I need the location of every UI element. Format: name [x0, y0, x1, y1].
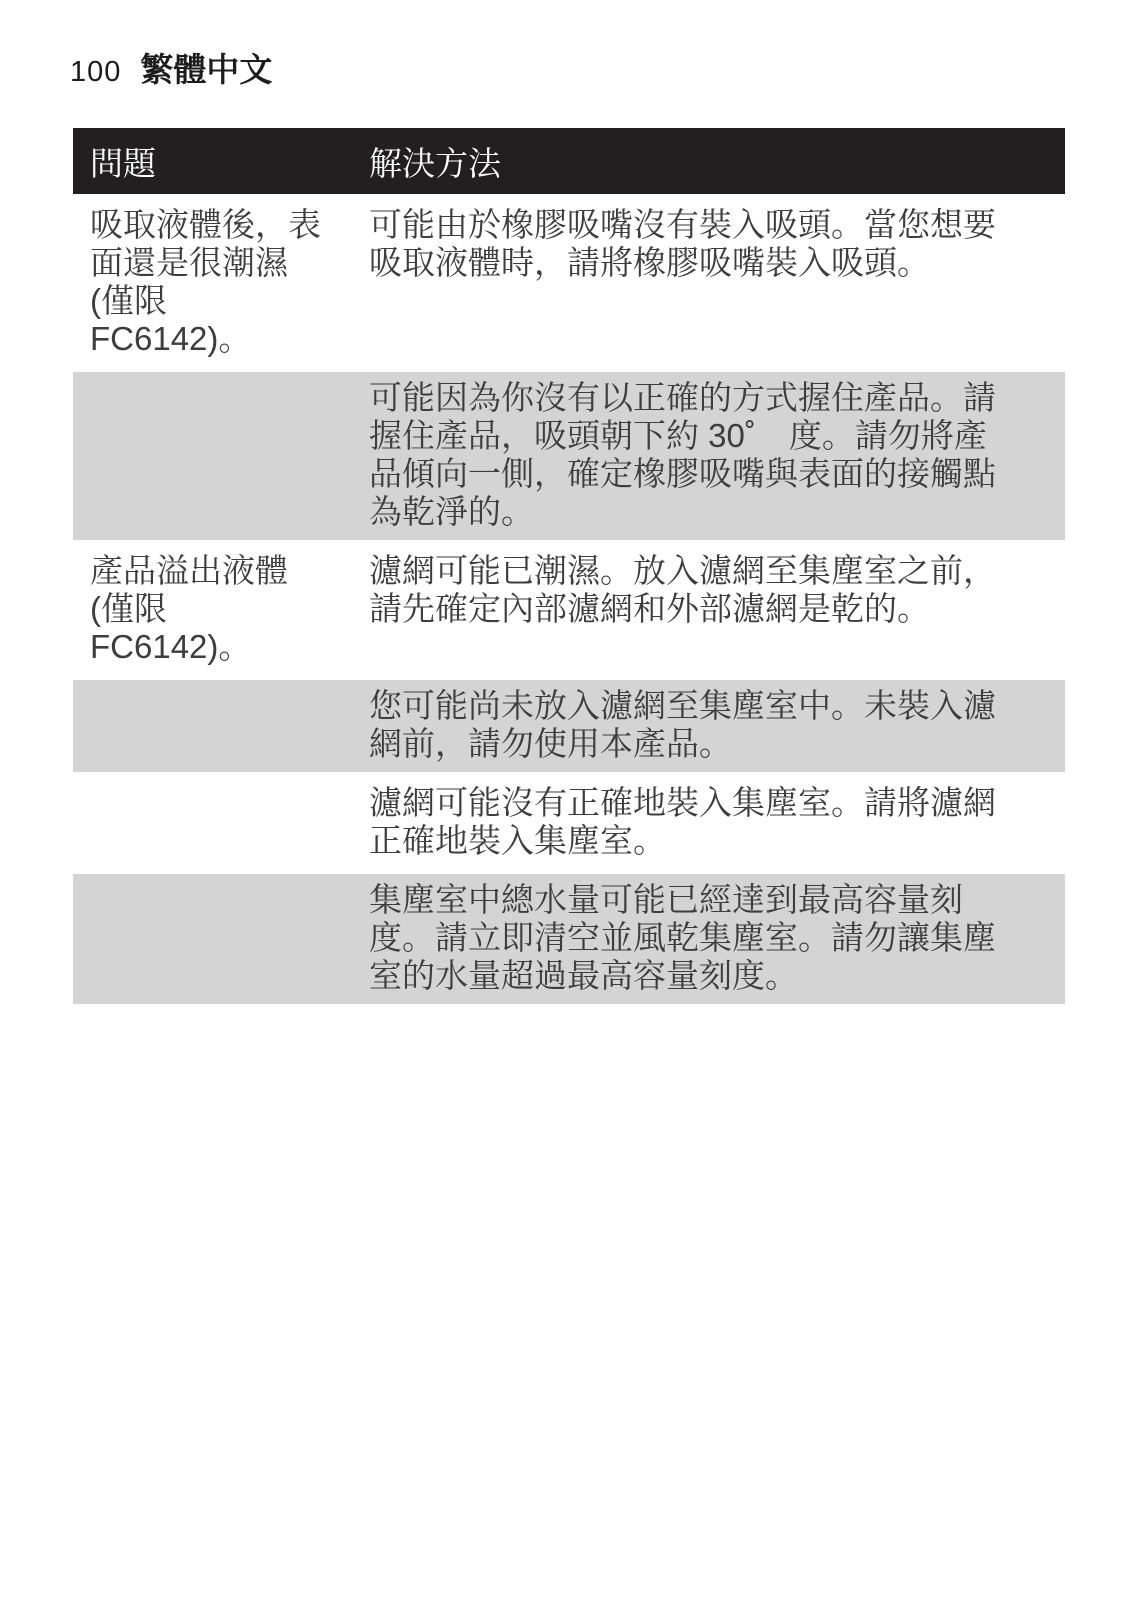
troubleshooting-table: 問題 解決方法 吸取液體後，表 面還是很潮濕 (僅限 FC6142)。 可能由於…	[73, 128, 1065, 1004]
problem-cell	[73, 874, 347, 1004]
solution-cell: 您可能尚未放入濾網至集塵室中。未裝入濾網前，請勿使用本產品。	[347, 680, 1065, 772]
solution-cell: 濾網可能沒有正確地裝入集塵室。請將濾網正確地裝入集塵室。	[347, 777, 1065, 869]
problem-cell: 產品溢出液體 (僅限 FC6142)。	[73, 545, 347, 675]
header-cell-solution: 解決方法	[347, 138, 1065, 185]
problem-cell: 吸取液體後，表 面還是很潮濕 (僅限 FC6142)。	[73, 199, 347, 367]
manual-page: 100 繁體中文 問題 解決方法 吸取液體後，表 面還是很潮濕 (僅限 FC61…	[0, 0, 1136, 1600]
table-header-row: 問題 解決方法	[73, 128, 1065, 194]
table-row: 可能因為你沒有以正確的方式握住產品。請握住產品，吸頭朝下約 30˚ 度。請勿將產…	[73, 372, 1065, 540]
table-row: 產品溢出液體 (僅限 FC6142)。 濾網可能已潮濕。放入濾網至集塵室之前，請…	[73, 545, 1065, 675]
header-cell-problem: 問題	[73, 138, 347, 185]
problem-cell	[73, 680, 347, 772]
table-row: 濾網可能沒有正確地裝入集塵室。請將濾網正確地裝入集塵室。	[73, 777, 1065, 869]
problem-cell	[73, 372, 347, 540]
table-row: 吸取液體後，表 面還是很潮濕 (僅限 FC6142)。 可能由於橡膠吸嘴沒有裝入…	[73, 199, 1065, 367]
solution-cell: 集塵室中總水量可能已經達到最高容量刻度。請立即清空並風乾集塵室。請勿讓集塵室的水…	[347, 874, 1065, 1004]
table-row: 您可能尚未放入濾網至集塵室中。未裝入濾網前，請勿使用本產品。	[73, 680, 1065, 772]
solution-cell: 可能因為你沒有以正確的方式握住產品。請握住產品，吸頭朝下約 30˚ 度。請勿將產…	[347, 372, 1065, 540]
table-row: 集塵室中總水量可能已經達到最高容量刻度。請立即清空並風乾集塵室。請勿讓集塵室的水…	[73, 874, 1065, 1004]
page-number: 100	[70, 56, 121, 89]
page-header: 100 繁體中文	[70, 44, 1136, 91]
section-title: 繁體中文	[140, 44, 272, 91]
solution-cell: 濾網可能已潮濕。放入濾網至集塵室之前，請先確定內部濾網和外部濾網是乾的。	[347, 545, 1065, 675]
problem-cell	[73, 777, 347, 869]
solution-cell: 可能由於橡膠吸嘴沒有裝入吸頭。當您想要吸取液體時，請將橡膠吸嘴裝入吸頭。	[347, 199, 1065, 367]
